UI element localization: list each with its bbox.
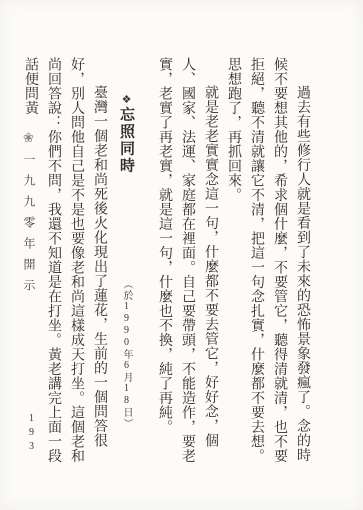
section-heading: ❖忘照同時（於1990年6月18日） [114, 57, 138, 471]
book-page: 過去有些修行人就是看到了未來的恐怖景象發瘋了。念的時候不要想其他的，希求個什麼，… [0, 0, 363, 510]
page-number: 193 [26, 413, 37, 455]
section-title: 忘照同時 [118, 107, 134, 175]
section-date: （於1990年6月18日） [121, 279, 132, 429]
flower-ornament-icon: ❀ [22, 131, 37, 153]
chapter-label: 一九九零年開示 [22, 153, 36, 300]
chapter-sidebar: ❀一九九零年開示 [21, 131, 38, 300]
section-marker-icon: ❖ [120, 93, 132, 107]
paragraph-1: 過去有些修行人就是看到了未來的恐怖景象發瘋了。念的時候不要想其他的，希求個什麼，… [222, 57, 314, 471]
text-area: 過去有些修行人就是看到了未來的恐怖景象發瘋了。念的時候不要想其他的，希求個什麼，… [50, 57, 314, 471]
paragraph-2: 就是老老實實念這一句，什麼都不要去管它，好好念，個人、國家、法運、家庭都在裡面。… [153, 57, 222, 471]
